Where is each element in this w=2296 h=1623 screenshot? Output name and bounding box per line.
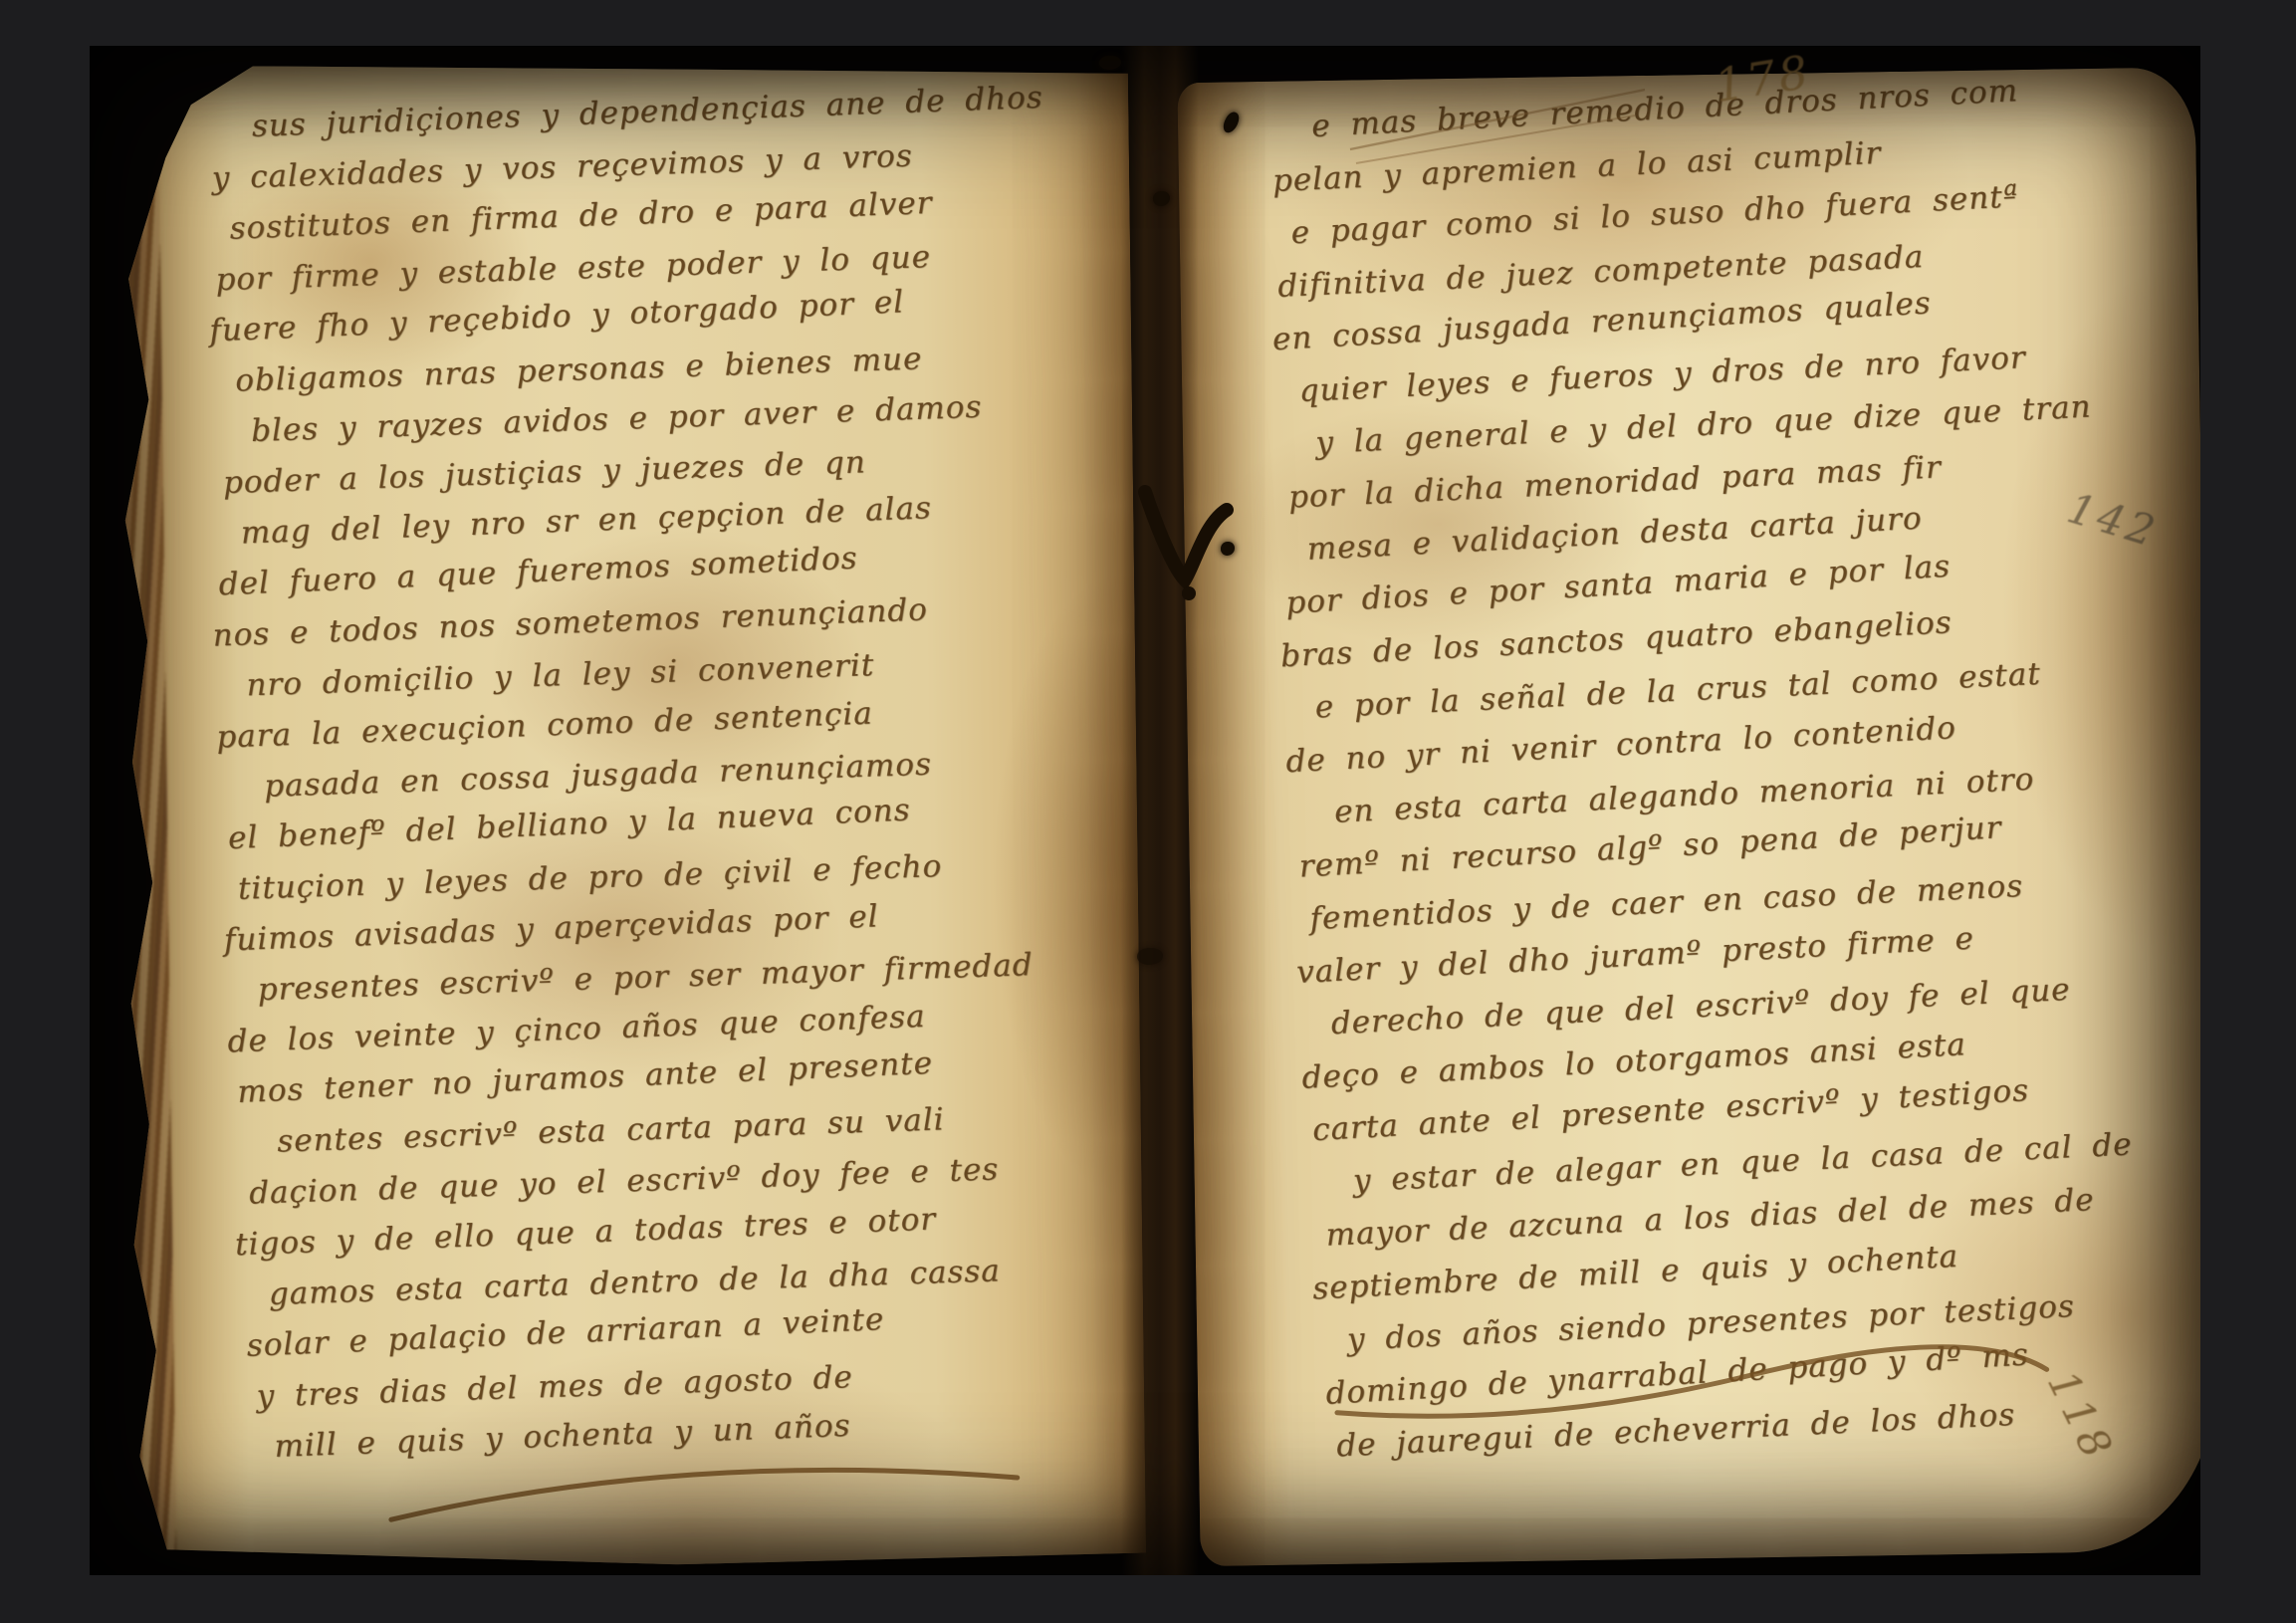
page-edge-stack (90, 68, 176, 1575)
left-page-text: sus juridiçiones y dependençias ane de d… (193, 71, 1149, 1474)
manuscript-photo-frame: sus juridiçiones y dependençias ane de d… (0, 0, 2296, 1623)
manuscript-photo: sus juridiçiones y dependençias ane de d… (90, 46, 2200, 1575)
ink-blot (1099, 56, 1121, 70)
scratch-mark (1346, 72, 1665, 171)
right-page-text: e mas breve remedio de dros nros compela… (1253, 58, 2200, 1474)
